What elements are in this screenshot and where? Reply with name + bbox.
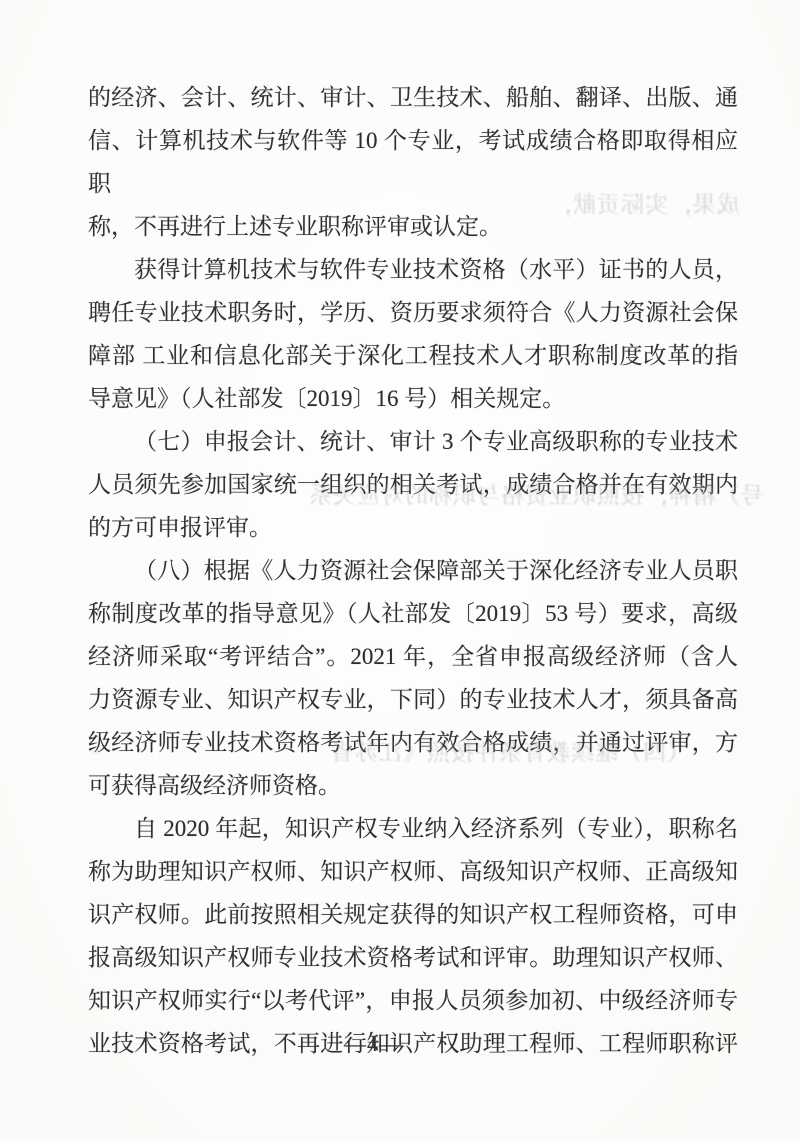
text-line: 识产权师。此前按照相关规定获得的知识产权工程师资格，可申	[88, 893, 738, 936]
document-paragraph: 的经济、会计、统计、审计、卫生技术、船舶、翻译、出版、通信、计算机技术与软件等 …	[88, 76, 738, 248]
document-body: 的经济、会计、统计、审计、卫生技术、船舶、翻译、出版、通信、计算机技术与软件等 …	[88, 76, 738, 1065]
text-line: 级经济师专业技术资格考试年内有效合格成绩，并通过评审，方	[88, 721, 738, 764]
text-line: 可获得高级经济师资格。	[88, 764, 738, 807]
text-line: 称为助理知识产权师、知识产权师、高级知识产权师、正高级知	[88, 850, 738, 893]
text-line: 获得计算机技术与软件专业技术资格（水平）证书的人员，	[88, 248, 738, 291]
text-line: 的经济、会计、统计、审计、卫生技术、船舶、翻译、出版、通	[88, 76, 738, 119]
text-line: 力资源专业、知识产权专业，下同）的专业技术人才，须具备高	[88, 678, 738, 721]
page-number: —4—	[0, 1031, 746, 1057]
text-line: 自 2020 年起，知识产权专业纳入经济系列（专业），职称名	[88, 807, 738, 850]
text-line: 称，不再进行上述专业职称评审或认定。	[88, 205, 738, 248]
text-line: 称制度改革的指导意见》（人社部发〔2019〕53 号）要求，高级	[88, 592, 738, 635]
text-line: 聘任专业技术职务时，学历、资历要求须符合《人力资源社会保	[88, 291, 738, 334]
text-line: 导意见》（人社部发〔2019〕16 号）相关规定。	[88, 377, 738, 420]
text-line: 报高级知识产权师专业技术资格考试和评审。助理知识产权师、	[88, 936, 738, 979]
document-paragraph: （八）根据《人力资源社会保障部关于深化经济专业人员职称制度改革的指导意见》（人社…	[88, 549, 738, 807]
text-line: （八）根据《人力资源社会保障部关于深化经济专业人员职	[88, 549, 738, 592]
text-line: 经济师采取“考评结合”。2021 年，全省申报高级经济师（含人	[88, 635, 738, 678]
text-line: 人员须先参加国家统一组织的相关考试，成绩合格并在有效期内	[88, 463, 738, 506]
text-line: 知识产权师实行“以考代评”，申报人员须参加初、中级经济师专	[88, 979, 738, 1022]
text-line: （七）申报会计、统计、审计 3 个专业高级职称的专业技术	[88, 420, 738, 463]
document-page: 的经济、会计、统计、审计、卫生技术、船舶、翻译、出版、通信、计算机技术与软件等 …	[0, 0, 800, 1141]
text-line: 障部 工业和信息化部关于深化工程技术人才职称制度改革的指	[88, 334, 738, 377]
text-line: 的方可申报评审。	[88, 506, 738, 549]
document-paragraph: 获得计算机技术与软件专业技术资格（水平）证书的人员，聘任专业技术职务时，学历、资…	[88, 248, 738, 420]
text-line: 信、计算机技术与软件等 10 个专业，考试成绩合格即取得相应职	[88, 119, 738, 205]
document-paragraph: （七）申报会计、统计、审计 3 个专业高级职称的专业技术人员须先参加国家统一组织…	[88, 420, 738, 549]
document-paragraph: 自 2020 年起，知识产权专业纳入经济系列（专业），职称名称为助理知识产权师、…	[88, 807, 738, 1065]
